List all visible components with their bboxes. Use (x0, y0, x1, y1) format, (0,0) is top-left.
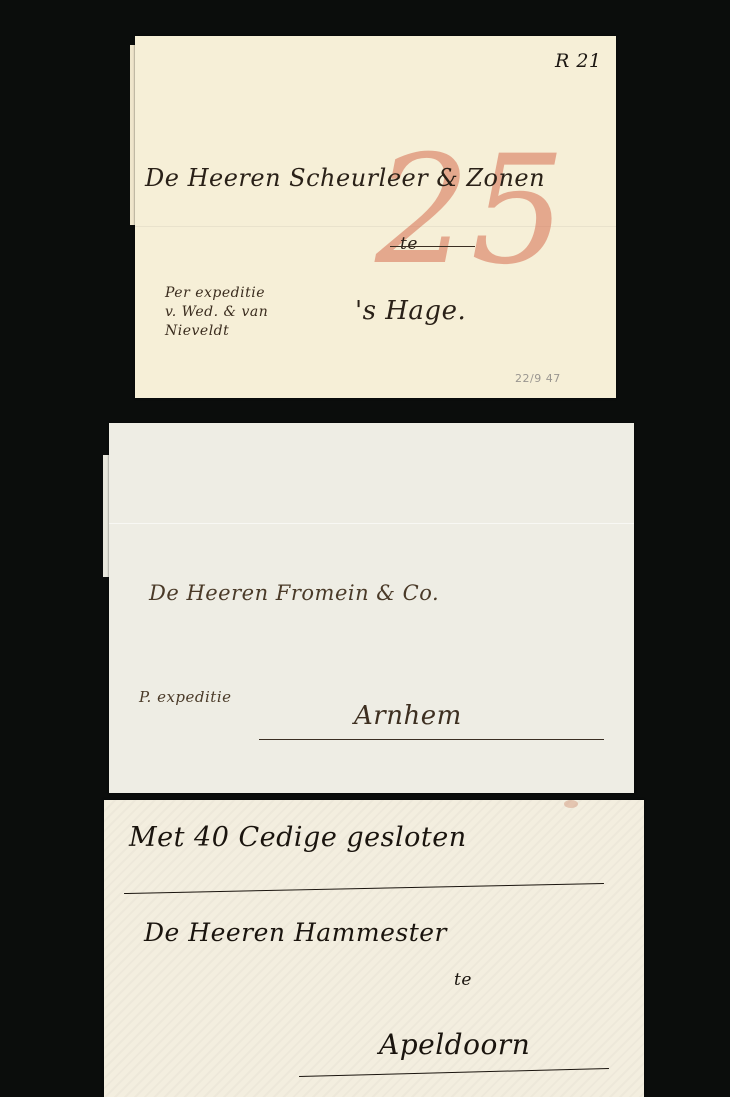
destination-city: Apeldoorn (379, 1028, 530, 1061)
routing-note: Per expeditie v. Wed. & van Nieveldt (165, 284, 268, 341)
routing-line: v. Wed. & van (165, 303, 268, 322)
addressee: De Heeren Hammester (144, 918, 447, 947)
city-underline (299, 1068, 609, 1077)
enclosure-note: Met 40 Cedige gesloten (129, 822, 467, 853)
letter-1: 25 R 21 De Heeren Scheurleer & Zonen te … (135, 36, 616, 398)
faint-red-mark (564, 800, 578, 808)
destination-city: Arnhem (354, 701, 462, 731)
reference-number: R 21 (555, 50, 602, 72)
te-text: te (454, 970, 472, 990)
letter-2: De Heeren Fromein & Co. P. expeditie Arn… (109, 423, 634, 793)
fold-line (109, 523, 634, 524)
addressee: De Heeren Scheurleer & Zonen (145, 164, 545, 192)
red-postage-mark: 25 (375, 136, 566, 286)
routing-note: P. expeditie (139, 688, 232, 706)
letter-3: Met 40 Cedige gesloten De Heeren Hammest… (104, 800, 644, 1097)
city-underline (259, 739, 604, 740)
pencil-date-note: 22/9 47 (515, 372, 561, 385)
destination-city: 's Hage. (355, 296, 466, 326)
note-underline (124, 883, 604, 894)
addressee: De Heeren Fromein & Co. (149, 581, 439, 605)
routing-line: Per expeditie (165, 284, 268, 303)
te-text: te (400, 234, 418, 254)
routing-line: Nieveldt (165, 322, 268, 341)
te-underline (390, 246, 475, 247)
